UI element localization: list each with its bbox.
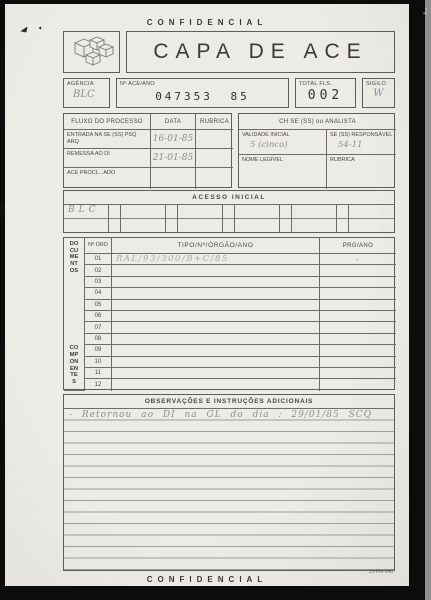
nome-legivel-cell: NOME LEGÍVEL (239, 155, 327, 189)
fluxo-row-date: 21-01-85 (153, 153, 193, 163)
paper-sheet: CONFIDENCIAL CAPA DE ACE AGÊNC (5, 4, 409, 586)
analista-table: CH SE (SS) ou ANALISTA VALIDADE INICIAL … (238, 113, 395, 188)
doc-row-prg (320, 265, 396, 276)
doc-row-tipo (112, 300, 320, 311)
total-fls-field: TOTAL FLS. 002 (295, 78, 356, 108)
ace-ano-value: 047353 85 (120, 90, 285, 103)
cubes-logo-icon (67, 34, 117, 70)
doc-row-prg (320, 311, 396, 322)
doc-row-prg (320, 368, 396, 379)
validade-inicial-label: VALIDADE INICIAL (242, 132, 290, 138)
form-title-box: CAPA DE ACE (126, 31, 395, 73)
doc-row-ord: 03 (85, 277, 112, 288)
agencia-value: BLC (73, 89, 106, 100)
observacoes-ruled-area: - Retornou ao DI na GL do dia : 29/01/85… (64, 409, 394, 570)
doc-row-tipo: RAL/93/300/B+C/85 (112, 254, 320, 265)
confidencial-bottom-banner: CONFIDENCIAL (5, 575, 409, 584)
pen-mark: ◢ (20, 23, 28, 33)
observacoes-box: OBSERVAÇÕES E INSTRUÇÕES ADICIONAIS - Re… (63, 394, 395, 571)
documentos-table: DOCUMENTOS COMPONENTES Nº ORD TIPO/Nº/ÓR… (63, 237, 395, 390)
doc-row-tipo (112, 368, 320, 379)
doc-row-tipo (112, 311, 320, 322)
sigilo-value: W (366, 88, 391, 99)
doc-row-ord: 08 (85, 334, 112, 345)
responsavel-value: 54-11 (338, 140, 393, 151)
doc-row-ord: 05 (85, 300, 112, 311)
form-code: DI-FM-148 (369, 569, 393, 575)
agencia-label: AGÊNCIA (67, 81, 106, 87)
scanner-edge (425, 0, 431, 600)
total-fls-label: TOTAL FLS. (299, 81, 352, 87)
col-header-ord: Nº ORD (85, 238, 112, 254)
doc-row-prg: – (320, 254, 396, 265)
ace-ano-field: Nº ACE/ANO 047353 85 (116, 78, 289, 108)
fluxo-row-label: ACE PROCL...ADO (64, 168, 151, 189)
doc-row-ord: 06 (85, 311, 112, 322)
doc-row-tipo (112, 288, 320, 299)
doc-row-tipo (112, 322, 320, 333)
observacoes-note: - Retornou ao DI na GL do dia : 29/01/85… (69, 410, 372, 420)
fluxo-row-label: ENTRADA NA SE (SS) PSQ ARQ (64, 130, 151, 149)
fluxo-rubrica-header: RUBRICA (196, 114, 233, 130)
responsavel-cell: SE (SS) RESPONSÁVEL 54-11 (327, 130, 396, 155)
doc-row-ord: 02 (85, 265, 112, 276)
nome-legivel-label: NOME LEGÍVEL (242, 157, 283, 163)
fluxo-data-header: DATA (151, 114, 196, 130)
doc-row-prg (320, 300, 396, 311)
doc-row-prg (320, 288, 396, 299)
fluxo-header: FLUXO DO PROCESSO (64, 114, 151, 130)
form-title: CAPA DE ACE (153, 40, 367, 64)
validade-inicial-value: 5 (cinco) (250, 140, 323, 151)
fluxo-row-rubrica (196, 149, 233, 168)
sigilo-label: SIGILO (366, 81, 391, 87)
doc-row-tipo (112, 265, 320, 276)
col-header-tipo: TIPO/Nº/ÓRGÃO/ANO (112, 238, 320, 254)
col-header-prg: PRG/ANO (320, 238, 396, 254)
observacoes-header: OBSERVAÇÕES E INSTRUÇÕES ADICIONAIS (64, 395, 394, 409)
validade-inicial-cell: VALIDADE INICIAL 5 (cinco) (239, 130, 327, 155)
doc-row-prg-value: – (355, 255, 361, 264)
doc-row-ord: 11 (85, 368, 112, 379)
doc-row-tipo (112, 379, 320, 390)
doc-row-ord: 04 (85, 288, 112, 299)
side-label-componentes: COMPONENTES (70, 345, 79, 385)
doc-row-prg (320, 379, 396, 390)
doc-row-ord: 09 (85, 345, 112, 356)
doc-row-prg (320, 322, 396, 333)
doc-row-tipo (112, 334, 320, 345)
agency-logo-box (63, 31, 120, 73)
fluxo-row-rubrica (196, 130, 233, 149)
doc-row-tipo (112, 277, 320, 288)
doc-row-tipo (112, 357, 320, 368)
acesso-inicial-header: ACESSO INICIAL (64, 191, 394, 205)
scanned-document: CONFIDENCIAL CAPA DE ACE AGÊNC (0, 0, 431, 600)
doc-row-ord: 12 (85, 379, 112, 390)
acesso-inicial-grid: BLC (64, 205, 394, 232)
side-label-documentos: DOCUMENTOS (70, 241, 79, 275)
fluxo-row-date: 16-01-85 (153, 134, 193, 144)
analista-rubrica-label: RUBRICA (330, 157, 355, 163)
analista-rubrica-cell: RUBRICA (327, 155, 396, 189)
confidencial-top-banner: CONFIDENCIAL (5, 18, 409, 27)
agencia-field: AGÊNCIA BLC (63, 78, 110, 108)
doc-row-prg (320, 357, 396, 368)
doc-row-ord: 01 (85, 254, 112, 265)
analista-header: CH SE (SS) ou ANALISTA (239, 114, 396, 130)
doc-row-prg (320, 277, 396, 288)
sigilo-field: SIGILO W (362, 78, 395, 108)
scan-artifact (0, 204, 5, 218)
ace-ano-label: Nº ACE/ANO (120, 81, 285, 87)
doc-row-prg (320, 334, 396, 345)
fluxo-processo-table: FLUXO DO PROCESSO DATA RUBRICA ENTRADA N… (63, 113, 232, 188)
doc-row-tipo-value: RAL/93/300/B+C/85 (116, 254, 229, 264)
doc-row-ord: 10 (85, 357, 112, 368)
fluxo-row-label: REMESSA AO DI (64, 149, 151, 168)
documentos-side-labels: DOCUMENTOS COMPONENTES (64, 238, 85, 391)
doc-row-tipo (112, 345, 320, 356)
acesso-inicial-box: ACESSO INICIAL BLC (63, 190, 395, 233)
doc-row-prg (320, 345, 396, 356)
acesso-first-cell-value: BLC (68, 205, 99, 215)
fluxo-row-rubrica (196, 168, 233, 189)
total-fls-value: 002 (299, 88, 352, 103)
doc-row-ord: 07 (85, 322, 112, 333)
responsavel-label: SE (SS) RESPONSÁVEL (330, 132, 392, 138)
